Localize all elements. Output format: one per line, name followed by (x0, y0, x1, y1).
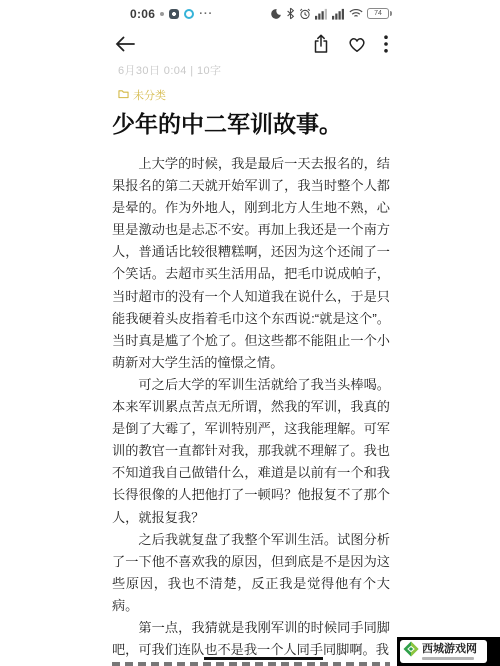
watermark-site-name: 西城游戏网 (422, 643, 477, 655)
paragraph: 上大学的时候，我是最后一天去报名的，结果报名的第二天就开始军训了，我当时整个人都… (112, 153, 390, 374)
status-bar-right: 74 (270, 7, 392, 20)
cellular-signal-icon (315, 8, 328, 20)
dnd-moon-icon (270, 8, 282, 20)
watermark-url-strip (422, 657, 474, 660)
category-label: 未分类 (133, 87, 166, 103)
more-notifications-icon: ··· (199, 8, 213, 20)
notes-app-screen: 0:06 ··· (0, 0, 500, 666)
paragraph: 第一点，我猜就是我刚军训的时候同手同脚吧，可我们连队也不是我一个人同手同脚啊。我 (112, 617, 390, 661)
battery-percent: 74 (374, 10, 382, 17)
app-notification-icon-2 (184, 9, 194, 19)
clipped-text-line (112, 662, 390, 666)
status-bar: 0:06 ··· (130, 5, 392, 22)
heart-icon (347, 35, 367, 56)
cellular-signal-icon-2 (332, 8, 345, 20)
watermark-banner: 西城游戏网 (397, 637, 500, 666)
back-button[interactable] (114, 35, 136, 56)
clock: 0:06 (130, 7, 155, 21)
paragraph: 之后我就复盘了我整个军训生活。试图分析了一下他不喜欢我的原因，但到底是不是因为这… (112, 529, 390, 617)
battery-icon: 74 (367, 8, 392, 19)
note-title[interactable]: 少年的中二军训故事。 (112, 108, 395, 140)
kebab-menu-icon (384, 35, 388, 56)
more-menu-button[interactable] (384, 35, 388, 56)
note-editor[interactable]: 上大学的时候，我是最后一天去报名的，结果报名的第二天就开始军训了，我当时整个人都… (112, 153, 390, 666)
status-bar-left: 0:06 ··· (130, 7, 213, 21)
watermark-box: 西城游戏网 (400, 640, 487, 663)
wifi-icon (349, 8, 363, 19)
share-icon (312, 34, 330, 57)
share-button[interactable] (312, 34, 330, 57)
paragraph: 可之后大学的军训生活就给了我当头棒喝。本来军训累点苦点无所谓，然我的军训，我真的… (112, 374, 390, 529)
category-tag[interactable]: 未分类 (118, 87, 166, 103)
favorite-button[interactable] (347, 35, 367, 56)
alarm-clock-icon (299, 8, 311, 20)
notification-dot-icon (160, 12, 164, 16)
back-arrow-icon (114, 35, 136, 56)
watermark-logo-icon (403, 641, 419, 662)
note-meta: 6月30日 0:04 | 10字 (118, 62, 221, 78)
nav-actions (312, 34, 388, 57)
bluetooth-icon (286, 7, 295, 20)
nav-header (114, 32, 388, 58)
folder-icon (118, 89, 129, 102)
underlined-text: 也不是我一个人同手 (204, 642, 323, 660)
app-notification-icon (169, 9, 179, 19)
